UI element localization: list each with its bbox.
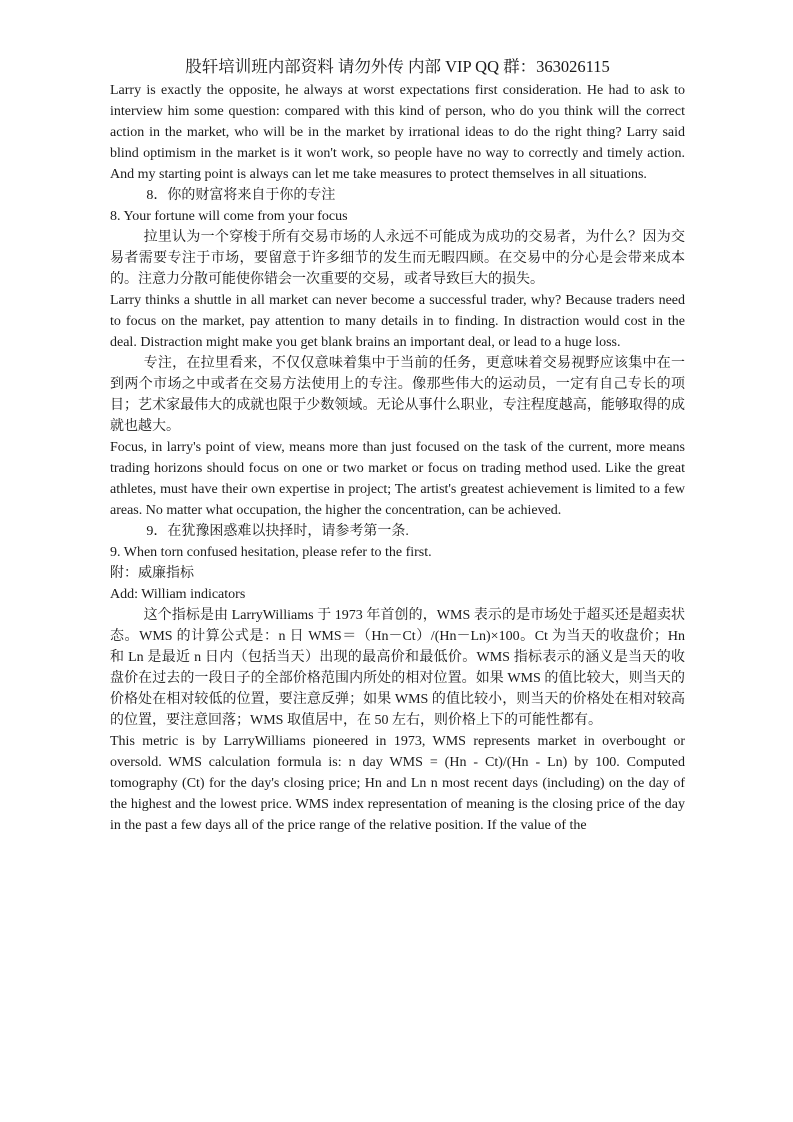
paragraph-larry-opposite: Larry is exactly the opposite, he always… xyxy=(110,80,685,185)
paragraph-focus-market-cn: 拉里认为一个穿梭于所有交易市场的人永远不可能成为成功的交易者，为什么？因为交易者… xyxy=(110,227,685,290)
paragraph-wms-formula-cn: 这个指标是由 LarryWilliams 于 1973 年首创的，WMS 表示的… xyxy=(110,605,685,731)
section-8-heading-cn: 8．你的财富将来自于你的专注 xyxy=(110,185,685,206)
paragraph-concentration-en: Focus, in larry's point of view, means m… xyxy=(110,437,685,521)
paragraph-shuttle-trader-en: Larry thinks a shuttle in all market can… xyxy=(110,290,685,353)
paragraph-wms-formula-en: This metric is by LarryWilliams pioneere… xyxy=(110,731,685,836)
document-header-title: 股轩培训班内部资料 请勿外传 内部 VIP QQ 群：363026115 xyxy=(110,54,685,80)
william-indicator-label-cn: 附：威廉指标 xyxy=(110,563,685,584)
section-9-heading-en: 9. When torn confused hesitation, please… xyxy=(110,542,685,563)
document-body: Larry is exactly the opposite, he always… xyxy=(110,80,685,836)
document-page: 股轩培训班内部资料 请勿外传 内部 VIP QQ 群：363026115 Lar… xyxy=(0,0,793,1122)
paragraph-concentration-cn: 专注，在拉里看来，不仅仅意味着集中于当前的任务，更意味着交易视野应该集中在一到两… xyxy=(110,353,685,437)
section-9-heading-cn: 9．在犹豫困惑难以抉择时，请参考第一条. xyxy=(110,521,685,542)
section-8-heading-en: 8. Your fortune will come from your focu… xyxy=(110,206,685,227)
william-indicator-label-en: Add: William indicators xyxy=(110,584,685,605)
